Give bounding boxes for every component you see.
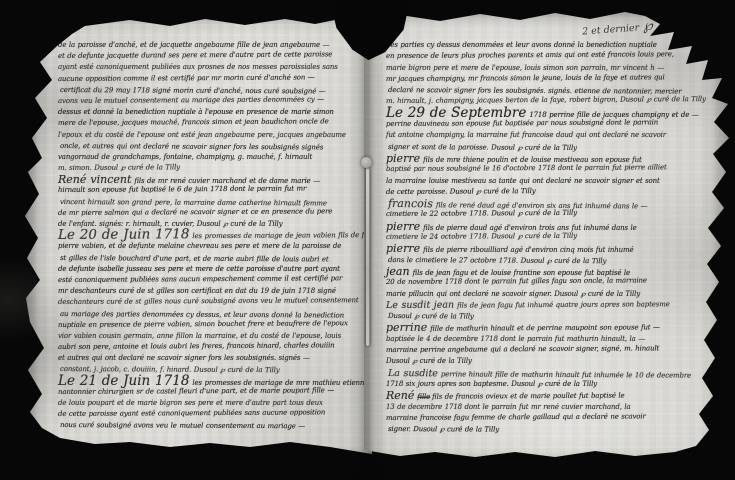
line-text: mere de l'epouse, jacques mauché, franco…: [58, 118, 329, 128]
line-text: esté canoniquement publiées sans aucun e…: [58, 274, 342, 284]
line-text: m. simon. Dusoul ℘ curé de la Tilly: [58, 163, 180, 172]
manuscript-line: nantonnier chirurgien sr de castel fleur…: [58, 385, 366, 398]
line-text: fils de francois ovieux et de marie poul…: [432, 392, 624, 401]
manuscript-line: signer et sont de la paroisse. Dusoul ℘ …: [388, 142, 700, 155]
line-text: aubri son pere, antoine et louis aubri l…: [58, 341, 335, 351]
line-text: signer. Dusoul ℘ curé de la Tilly: [388, 425, 499, 434]
manuscript-line: l'epoux et du costé de l'epouse ont esté…: [58, 130, 366, 141]
manuscript-scan: de la paroisse d'anché, et de jacquette …: [0, 0, 735, 480]
binding-stitch-knot: [361, 157, 372, 168]
line-text: marraine perrine angebaume qui a declaré…: [386, 344, 659, 354]
gutter-bottom-notch: [348, 452, 388, 480]
line-text: marraine francoise fagu femme de charle …: [386, 412, 646, 422]
line-text: perrine dauvineau son epouse fut baptisé…: [386, 118, 658, 128]
manuscript-line: m. hirnault, j. champigny, jacques berto…: [386, 95, 698, 108]
manuscript-line: signer. Dusoul ℘ curé de la Tilly: [388, 424, 700, 437]
manuscript-line: pierre vabien, et de defunte melaine che…: [58, 241, 366, 252]
entry-heading: Le susdit jean: [386, 299, 454, 310]
manuscript-line: cimetiere le 24 octobre 1718. Dusoul ℘ c…: [386, 230, 698, 243]
page-annotation-text: 2 et dernier: [582, 22, 640, 37]
line-text: la marraine louise mestiveau sa tante qu…: [386, 177, 660, 185]
line-text: fils de pierre ribouilliard agé d'enviro…: [423, 246, 633, 254]
line-text: de louis poupart et de marie bigron ses …: [58, 399, 323, 407]
line-text: pierre vabien, et de defunte melaine che…: [58, 242, 341, 250]
line-text: de defunte isabelle jusseau ses pere et …: [58, 265, 340, 273]
line-text: nous curé soubsigné avons veu le mutuel …: [60, 421, 305, 430]
entry-heading: pierre: [386, 220, 420, 233]
line-text: baptisé par nous soubsigné le 16 d'octob…: [386, 164, 667, 174]
entry-heading: Le 20 de Juin 1718: [58, 226, 190, 243]
left-page-text: de la paroisse d'anché, et de jacquette …: [58, 40, 366, 432]
line-text: signer et sont de la paroisse. Dusoul ℘ …: [388, 143, 577, 152]
manuscript-line: marraine francoise fagu femme de charle …: [386, 411, 698, 424]
manuscript-line: hirnault son epouse fut baptisé le 6 de …: [58, 184, 366, 197]
line-text: l'epoux et du costé de l'epouse ont esté…: [58, 131, 346, 139]
manuscript-line: dans le cimetiere le 27 octobre 1718. Du…: [388, 255, 700, 268]
left-page: de la paroisse d'anché, et de jacquette …: [20, 8, 372, 464]
line-text: nantonnier chirurgien sr de castel fleur…: [58, 386, 334, 396]
line-text: aucune opposition comme il est certifié …: [58, 73, 315, 83]
line-text: et autres qui ont declaré ne scavoir sig…: [58, 354, 310, 362]
manuscript-line: en presence de leurs plus proches parent…: [386, 49, 698, 62]
line-text: hirnault son epouse fut baptisé le 6 de …: [58, 185, 306, 195]
entry-heading: pierre: [386, 242, 420, 255]
manuscript-line: de mr pierre salmon qui a declaré ne sca…: [58, 206, 366, 219]
manuscript-line: avons veu le mutuel consentement au mari…: [58, 94, 366, 107]
line-text: des parties cy dessus denommées et leur …: [386, 41, 657, 49]
manuscript-line: de cette paroisse. Dusoul ℘ curé de la T…: [386, 185, 698, 198]
manuscript-line: cimetiere le 22 octobre 1718. Dusoul ℘ c…: [386, 208, 698, 221]
binding-stitch: [366, 168, 370, 346]
manuscript-line: oncle, et autres qui ont declaré ne scav…: [60, 141, 368, 154]
line-text: ayant esté canoniquement publiées aux pr…: [58, 63, 338, 71]
manuscript-line: st gilles de l'isle bouchard d'une part,…: [60, 253, 368, 266]
line-text: baptisée le 4 de decembre 1718 dont le p…: [386, 335, 645, 343]
right-page: 2 et dernier℘ des parties cy dessus deno…: [364, 6, 735, 468]
manuscript-line: esté canoniquement publiées sans aucun e…: [58, 273, 366, 286]
manuscript-line: Le 20 de Juin 1718les promesses de maria…: [58, 228, 366, 241]
line-text: nuptiale en presence de pierre vabien, s…: [58, 319, 348, 329]
manuscript-line: marraine perrine angebaume qui a declaré…: [386, 343, 698, 356]
manuscript-line: fut antoine champigny, la marraine fut f…: [386, 130, 698, 141]
manuscript-line: constant, j. jacob, c. douiiin, f. hinar…: [60, 364, 368, 377]
line-text: dans le cimetiere le 27 octobre 1718. Du…: [388, 256, 606, 265]
line-text: 1718 six jours apres son baptesme. Dusou…: [386, 380, 597, 388]
line-text: 13 de decembre 1718 dont le parrain fut …: [386, 403, 631, 411]
line-text: Dusoul ℘ curé de la Tilly: [388, 312, 474, 320]
line-text: mr deschanteurs curé de st gilles son ce…: [58, 287, 336, 295]
manuscript-line: et de defunte jacquette durand ses pere …: [58, 49, 366, 62]
line-text: et de defunte jacquette durand ses pere …: [58, 51, 332, 61]
manuscript-line: et autres qui ont declaré ne scavoir sig…: [58, 353, 366, 364]
line-text: cimetiere le 24 octobre 1718. Dusoul ℘ c…: [386, 232, 577, 241]
line-text: oncle, et autres qui ont declaré ne scav…: [60, 142, 323, 151]
line-text: de la paroisse d'anché, et de jacquette …: [58, 41, 329, 49]
manuscript-line: mr jacques champigny, mr francois simon …: [386, 72, 698, 85]
manuscript-line: nous curé soubsigné avons veu le mutuel …: [60, 420, 368, 433]
line-text: fils de jean fagu fut inhumé quatre jour…: [457, 300, 670, 309]
line-text: mr jacques champigny, mr francois simon …: [386, 73, 665, 83]
line-text: marie pillucin qui ont declaré ne scavoi…: [386, 290, 640, 298]
manuscript-line: Renéfillefils de francois ovieux et de m…: [386, 388, 698, 401]
line-text: de cette paroisse. Dusoul ℘ curé de la T…: [386, 187, 536, 196]
line-text: Dusoul ℘ curé de la Tilly: [386, 357, 472, 365]
line-text: fille de mathurin hinault et de perrine …: [430, 324, 660, 333]
manuscript-line: nuptiale en presence de pierre vabien, s…: [58, 318, 366, 331]
manuscript-line: de cette paroisse ayant esté canoniqueme…: [58, 407, 366, 420]
manuscript-line: pierrefils de pierre ribouilliard agé d'…: [386, 243, 698, 254]
line-text: les promesses de mariage de jean vabien …: [192, 231, 372, 240]
line-text: avons veu le mutuel consentement au mari…: [58, 95, 324, 105]
manuscript-line: deschanteurs curé de st gilles nous curé…: [58, 295, 366, 308]
manuscript-line: 20 de novembre 1718 dont le parrain fut …: [386, 275, 698, 288]
line-text: dessus et donné la benediction nuptiale …: [58, 108, 334, 116]
line-text: marie bigron pere et mere de l'epouse, l…: [386, 64, 664, 72]
line-text: de mr pierre salmon qui a declaré ne sca…: [58, 207, 332, 217]
manuscript-line: aubri son pere, antoine et louis aubri l…: [58, 340, 366, 353]
manuscript-line: baptisé par nous soubsigné le 16 d'octob…: [386, 162, 698, 175]
line-text: 20 de novembre 1718 dont le parrain fut …: [386, 277, 647, 287]
line-text: de cette paroisse ayant esté canoniqueme…: [58, 409, 325, 419]
entry-heading: La susdite: [388, 368, 438, 379]
line-text: vangornaud de grandchamps, fontaine, cha…: [58, 153, 312, 161]
line-text: en presence de leurs plus proches parent…: [386, 51, 674, 61]
entry-heading: René: [386, 389, 414, 402]
manuscript-line: Dusoul ℘ curé de la Tilly: [386, 356, 698, 367]
line-text: constant, j. jacob, c. douiiin, f. hinar…: [60, 365, 280, 374]
manuscript-line: mere de l'epouse, jacques mauché, franco…: [58, 116, 366, 129]
line-text: m. hirnault, j. champigny, jacques berto…: [386, 96, 706, 106]
line-text: fut antoine champigny, la marraine fut f…: [386, 131, 666, 139]
manuscript-line: Le susdit jeanfils de jean fagu fut inhu…: [386, 298, 698, 311]
line-text: deschanteurs curé de st gilles nous curé…: [58, 296, 359, 306]
line-text: vior vabien cousin germain, anne fillon …: [58, 332, 341, 340]
manuscript-line: aucune opposition comme il est certifié …: [58, 72, 366, 85]
paraph-flourish-icon: ℘: [642, 18, 653, 35]
struck-word: fille: [417, 393, 430, 401]
right-page-text: des parties cy dessus denommées et leur …: [386, 40, 698, 435]
manuscript-line: m. simon. Dusoul ℘ curé de la Tilly: [58, 161, 366, 174]
page-annotation: 2 et dernier℘: [582, 18, 654, 39]
manuscript-line: perrinefille de mathurin hinault et de p…: [386, 321, 698, 334]
line-text: cimetiere le 22 octobre 1718. Dusoul ℘ c…: [386, 209, 577, 218]
manuscript-line: perrine dauvineau son epouse fut baptisé…: [386, 117, 698, 130]
entry-heading: perrine: [386, 321, 427, 334]
manuscript-line: La susditeperrine hinault fille de mathu…: [388, 368, 700, 381]
line-text: st gilles de l'isle bouchard d'une part,…: [60, 254, 329, 263]
line-text: perrine hinault fille de mathurin hinaul…: [441, 370, 691, 379]
